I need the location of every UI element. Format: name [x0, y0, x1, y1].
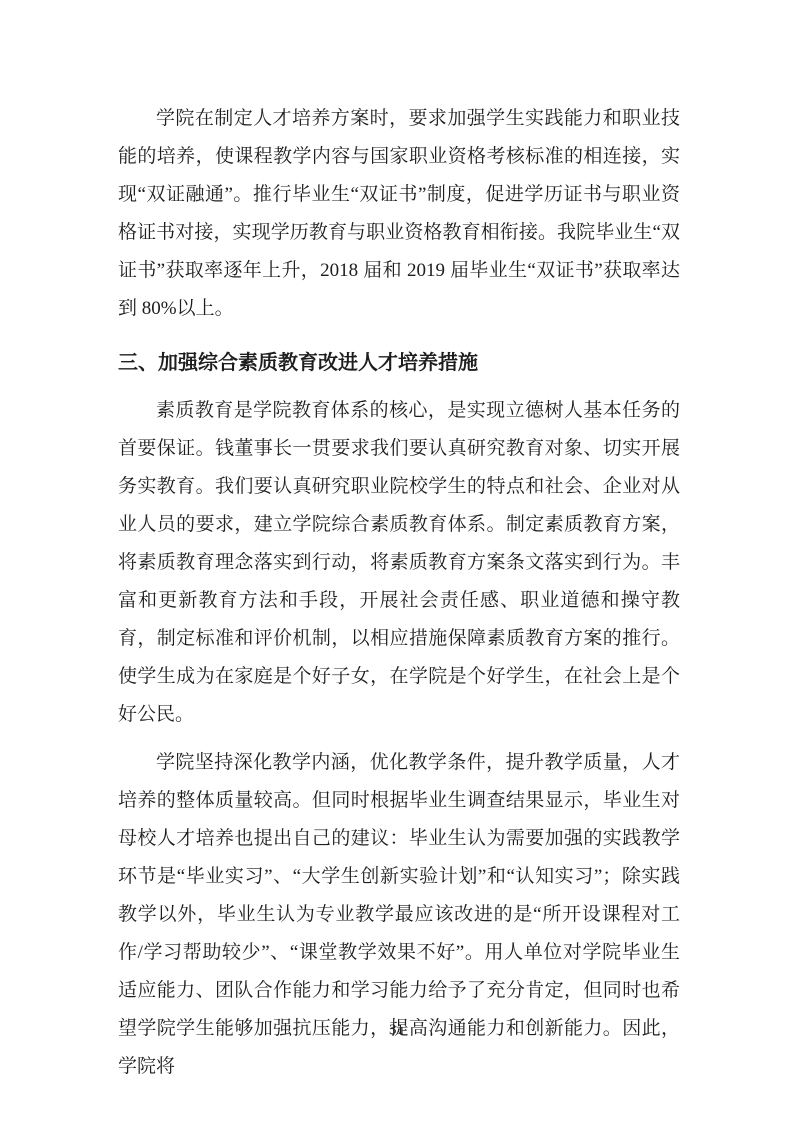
page-footer: 31: [0, 1020, 793, 1040]
section-heading: 三、加强综合素质教育改进人才培养措施: [118, 344, 680, 382]
paragraph-quality-education: 素质教育是学院教育体系的核心，是实现立德树人基本任务的首要保证。钱董事长一贯要求…: [118, 392, 680, 734]
paragraph-dual-certificate: 学院在制定人才培养方案时，要求加强学生实践能力和职业技能的培养，使课程教学内容与…: [118, 100, 680, 328]
page-number: 31: [389, 1022, 404, 1038]
document-body: 学院在制定人才培养方案时，要求加强学生实践能力和职业技能的培养，使课程教学内容与…: [118, 100, 680, 1096]
document-page: 学院在制定人才培养方案时，要求加强学生实践能力和职业技能的培养，使课程教学内容与…: [0, 0, 793, 1122]
